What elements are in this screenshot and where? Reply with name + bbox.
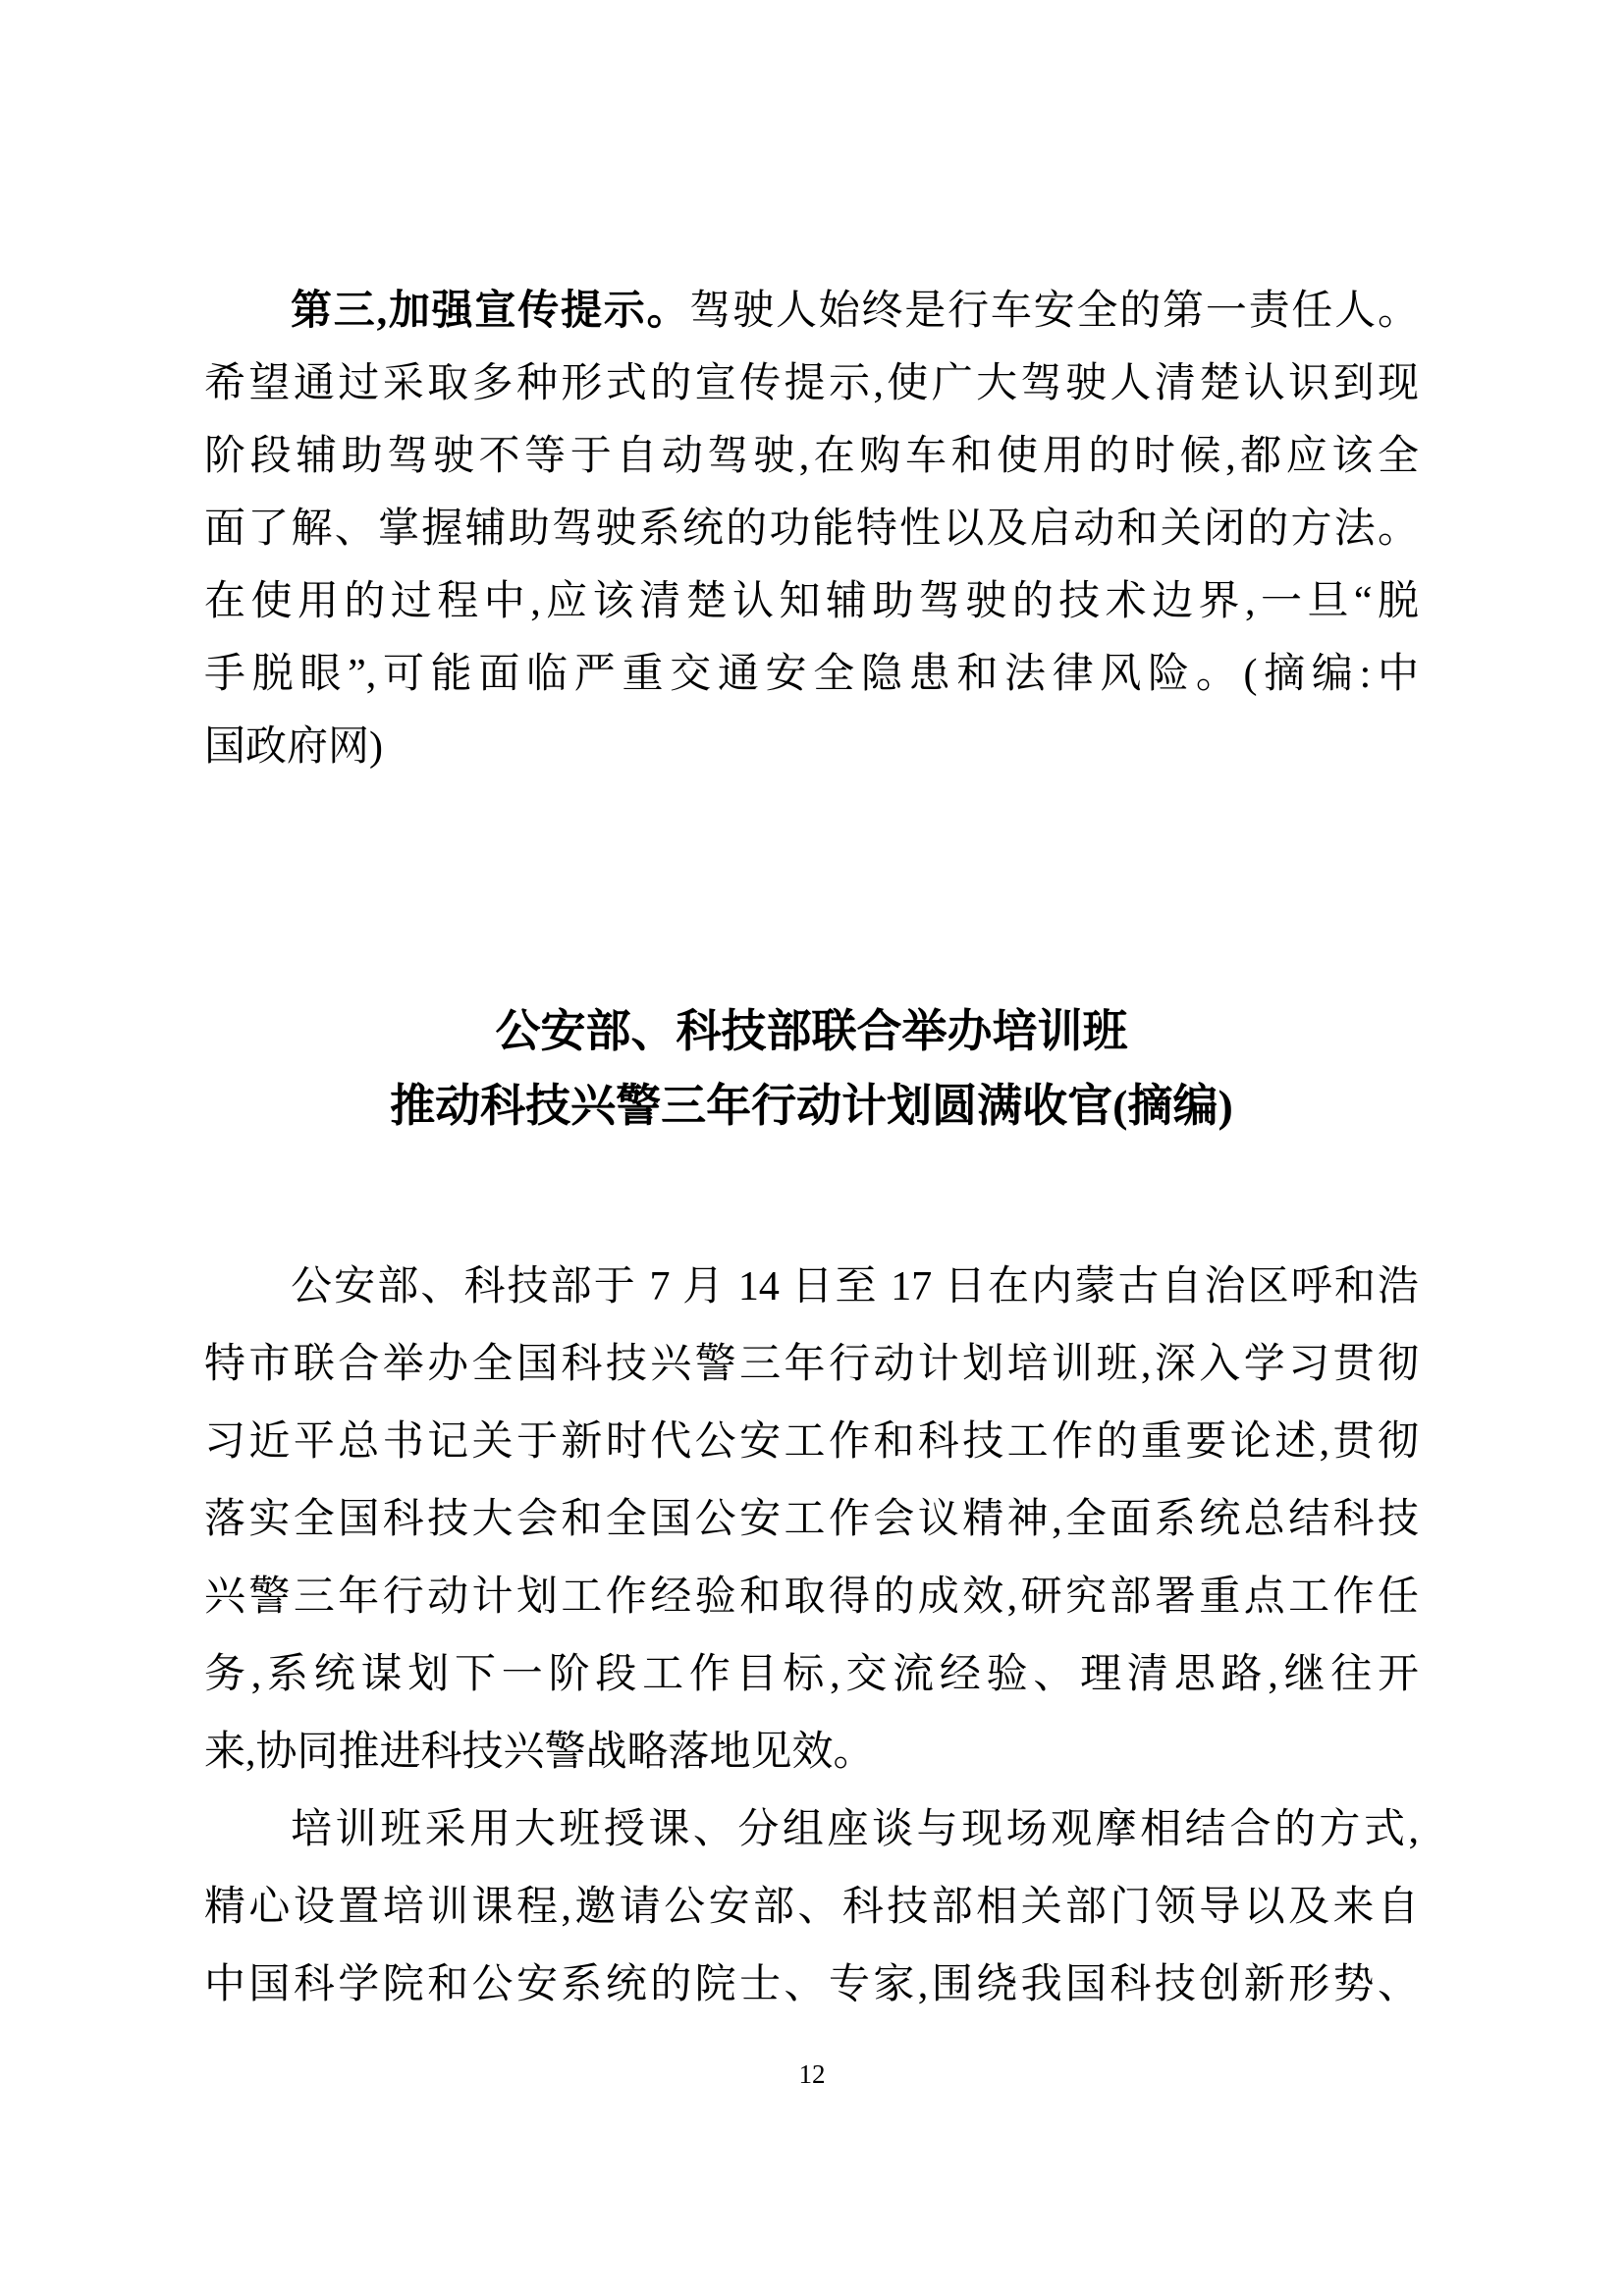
text-line: 务,系统谋划下一阶段工作目标,交流经验、理清思路,继往开: [204, 1636, 1419, 1714]
paragraph-training-overview: 公安部、科技部于 7 月 14 日至 17 日在内蒙古自治区呼和浩特市联合举办全…: [204, 1249, 1419, 1791]
text-line: 特市联合举办全国科技兴警三年行动计划培训班,深入学习贯彻: [204, 1326, 1419, 1404]
text-line: 培训班采用大班授课、分组座谈与现场观摩相结合的方式,: [204, 1791, 1419, 1869]
text-line: 在使用的过程中,应该清楚认知辅助驾驶的技术边界,一旦“脱: [204, 565, 1419, 638]
document-page: 第三,加强宣传提示。驾驶人始终是行车安全的第一责任人。希望通过采取多种形式的宣传…: [0, 0, 1624, 2296]
paragraph-safety-notice: 第三,加强宣传提示。驾驶人始终是行车安全的第一责任人。希望通过采取多种形式的宣传…: [204, 275, 1419, 783]
text-line: 中国科学院和公安系统的院士、专家,围绕我国科技创新形势、: [204, 1947, 1419, 2024]
text-line: 习近平总书记关于新时代公安工作和科技工作的重要论述,贯彻: [204, 1404, 1419, 1481]
text-line: 精心设置培训课程,邀请公安部、科技部相关部门领导以及来自: [204, 1869, 1419, 1947]
title-line: 公安部、科技部联合举办培训班: [204, 994, 1419, 1069]
bold-lead-in: 第三,加强宣传提示。: [291, 289, 689, 334]
text-line: 落实全国科技大会和全国公安工作会议精神,全面系统总结科技: [204, 1481, 1419, 1559]
title-line: 推动科技兴警三年行动计划圆满收官(摘编): [204, 1069, 1419, 1144]
paragraph-training-format: 培训班采用大班授课、分组座谈与现场观摩相结合的方式,精心设置培训课程,邀请公安部…: [204, 1791, 1419, 2024]
article-title: 公安部、科技部联合举办培训班推动科技兴警三年行动计划圆满收官(摘编): [204, 994, 1419, 1144]
text-line: 第三,加强宣传提示。驾驶人始终是行车安全的第一责任人。: [204, 275, 1419, 347]
text-line: 希望通过采取多种形式的宣传提示,使广大驾驶人清楚认识到现: [204, 347, 1419, 420]
text-line: 面了解、掌握辅助驾驶系统的功能特性以及启动和关闭的方法。: [204, 493, 1419, 565]
page-number: 12: [0, 2059, 1624, 2089]
text-line: 手脱眼”,可能面临严重交通安全隐患和法律风险。(摘编:中: [204, 638, 1419, 711]
text-line: 来,协同推进科技兴警战略落地见效。: [204, 1714, 1419, 1791]
text-line: 公安部、科技部于 7 月 14 日至 17 日在内蒙古自治区呼和浩: [204, 1249, 1419, 1326]
text-line: 国政府网): [204, 711, 1419, 783]
text-line: 阶段辅助驾驶不等于自动驾驶,在购车和使用的时候,都应该全: [204, 420, 1419, 493]
text-line: 兴警三年行动计划工作经验和取得的成效,研究部署重点工作任: [204, 1559, 1419, 1636]
